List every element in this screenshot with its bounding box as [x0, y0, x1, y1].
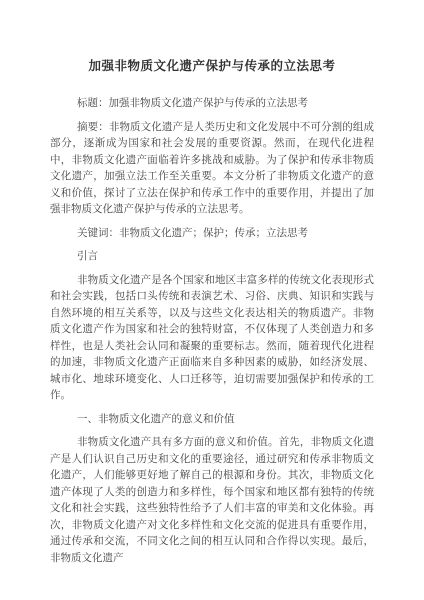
- document-page: 加强非物质文化遗产保护与传承的立法思考 标题：加强非物质文化遗产保护与传承的立法…: [0, 0, 424, 600]
- introduction-paragraph: 非物质文化遗产是各个国家和地区丰富多样的传统文化表现形式和社会实践，包括口头传统…: [50, 272, 374, 404]
- keywords-line: 关键词：非物质文化遗产；保护；传承；立法思考: [50, 225, 374, 242]
- section-1-heading: 一、非物质文化遗产的意义和价值: [50, 411, 374, 428]
- introduction-heading: 引言: [50, 248, 374, 265]
- abstract-paragraph: 摘要：非物质文化遗产是人类历史和文化发展中不可分割的组成部分，逐渐成为国家和社会…: [50, 119, 374, 218]
- section-1-paragraph: 非物质文化遗产具有多方面的意义和价值。首先，非物质文化遗产是人们认识自己历史和文…: [50, 434, 374, 566]
- document-title: 加强非物质文化遗产保护与传承的立法思考: [50, 57, 374, 76]
- document-content: 加强非物质文化遗产保护与传承的立法思考 标题：加强非物质文化遗产保护与传承的立法…: [0, 0, 424, 600]
- meta-title-line: 标题：加强非物质文化遗产保护与传承的立法思考: [50, 95, 374, 112]
